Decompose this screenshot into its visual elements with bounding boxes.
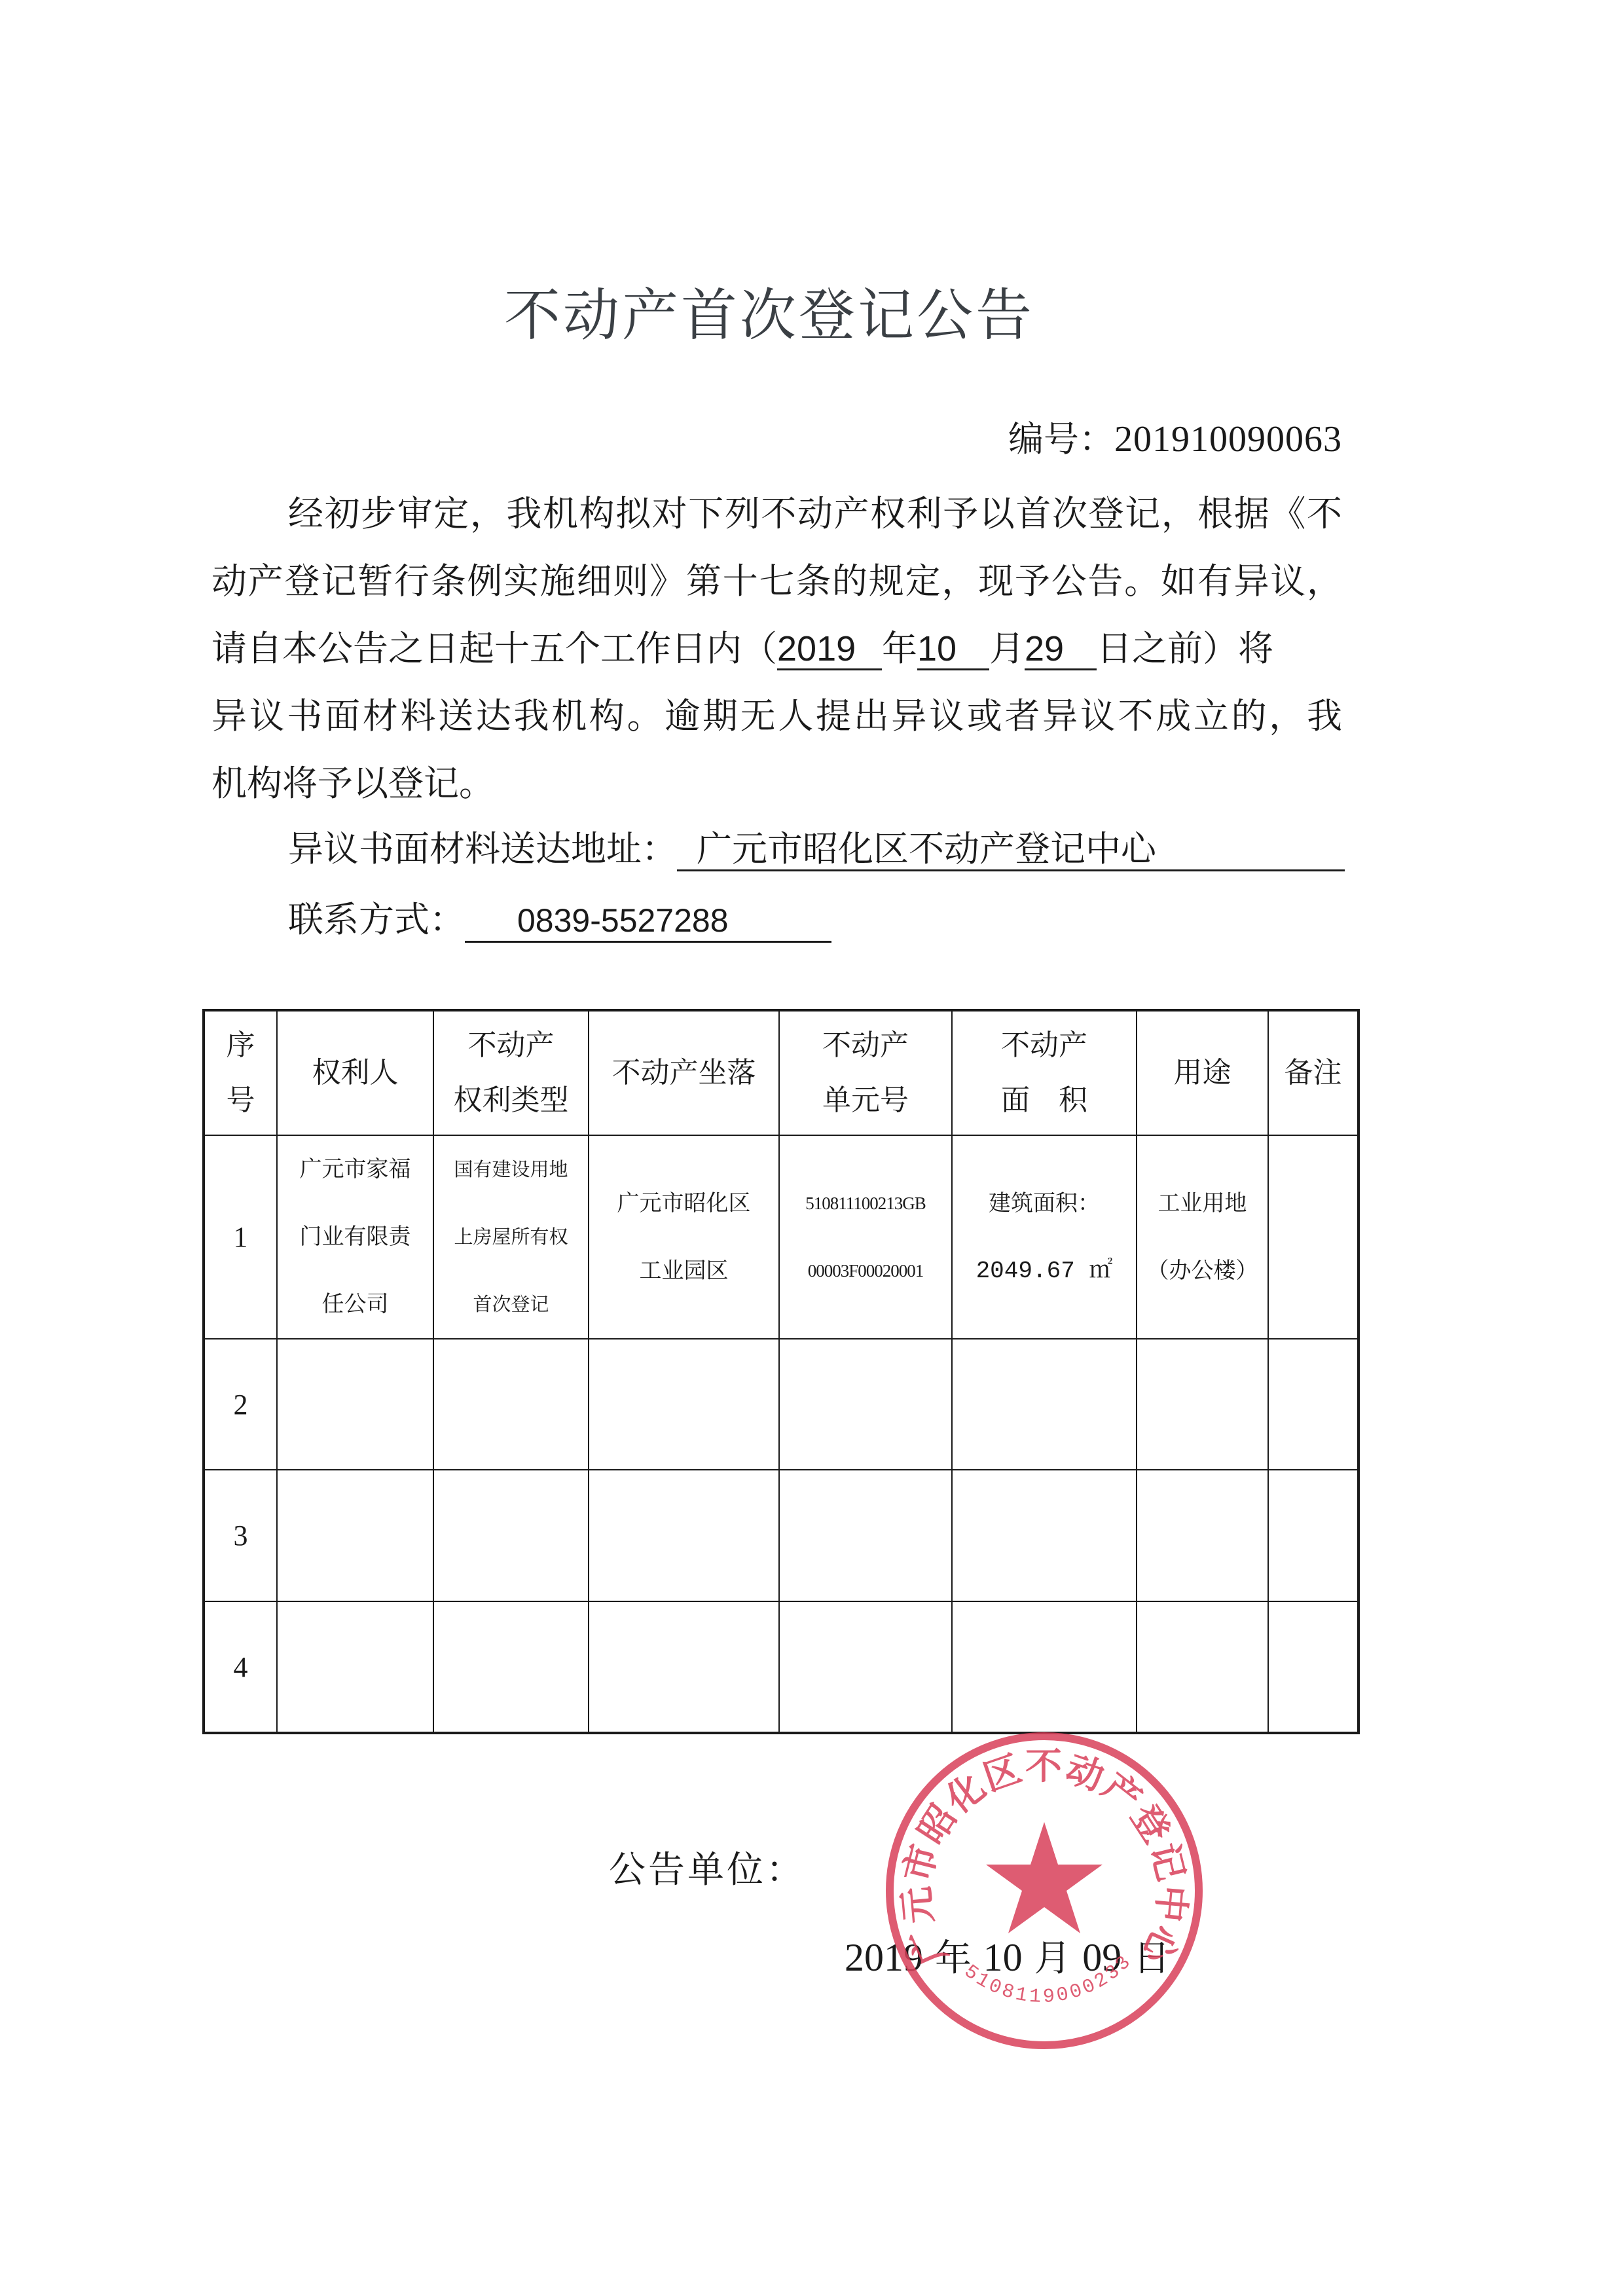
row-number: 1 (204, 1135, 277, 1339)
issuer-label: 公告单位： (609, 1848, 805, 1893)
table-row: 2 (204, 1339, 1359, 1470)
document-number-label: 编号： (1008, 418, 1114, 460)
area-cell: 建筑面积： 2049.67 ㎡ (952, 1135, 1137, 1339)
deadline-day: 29 (1025, 629, 1097, 670)
document-number-value: 201910090063 (1114, 419, 1342, 460)
location-cell: 广元市昭化区 工业园区 (589, 1135, 779, 1339)
usage-cell: 工业用地 （办公楼） (1137, 1135, 1268, 1339)
official-seal-icon: 广元市昭化区不动产登记中心 5108119000233 (884, 1730, 1205, 2051)
right-type-cell: 国有建设用地 上房屋所有权 首次登记 (433, 1135, 589, 1339)
header-seq: 序号 (204, 1010, 277, 1135)
deadline-year: 2019 (777, 629, 882, 670)
paragraph-line-2: 动产登记暂行条例实施细则》第十七条的规定，现予公告。如有异议， (211, 558, 1342, 604)
objection-address-line: 异议书面材料送达地址：广元市昭化区不动产登记中心 (288, 826, 1345, 872)
row-number: 2 (204, 1339, 277, 1470)
row-number: 4 (204, 1601, 277, 1733)
contact-line: 联系方式：0839-5527288 (288, 897, 831, 943)
svg-text:5108119000233: 5108119000233 (960, 1950, 1138, 2009)
remark-cell (1268, 1135, 1359, 1339)
unit-no-cell: 510811100213GB 00003F00020001 (779, 1135, 952, 1339)
header-holder: 权利人 (277, 1010, 433, 1135)
paragraph-line-3: 请自本公告之日起十五个工作日内（2019年10月29日之前）将 (211, 626, 1342, 672)
table-header-row: 序号 权利人 不动产权利类型 不动产坐落 不动产单元号 不动产面 积 用途 备注 (204, 1010, 1359, 1135)
seal-code: 5108119000233 (960, 1950, 1138, 2009)
deadline-month: 10 (917, 629, 989, 670)
document-title: 不动产首次登记公告 (498, 257, 1041, 374)
address-value: 广元市昭化区不动产登记中心 (677, 829, 1345, 871)
header-right-type: 不动产权利类型 (433, 1010, 589, 1135)
header-location: 不动产坐落 (589, 1010, 779, 1135)
row-number: 3 (204, 1470, 277, 1601)
paragraph-line-5: 机构将予以登记。 (211, 761, 1342, 807)
table-row: 1 广元市家福 门业有限责 任公司 国有建设用地 上房屋所有权 首次登记 广元市… (204, 1135, 1359, 1339)
contact-label: 联系方式： (288, 899, 465, 940)
header-remark: 备注 (1268, 1010, 1359, 1135)
deadline-suffix: 日之前）将 (1097, 628, 1273, 669)
month-label: 月 (989, 628, 1025, 669)
table-row: 4 (204, 1601, 1359, 1733)
document-number: 编号：201910090063 (1008, 416, 1342, 462)
contact-value: 0839-5527288 (465, 900, 831, 943)
header-area: 不动产面 积 (952, 1010, 1137, 1135)
address-label: 异议书面材料送达地址： (288, 828, 677, 869)
registration-table: 序号 权利人 不动产权利类型 不动产坐落 不动产单元号 不动产面 积 用途 备注… (202, 1009, 1360, 1734)
deadline-prefix: 请自本公告之日起十五个工作日内（ (211, 628, 777, 669)
paragraph-line-4: 异议书面材料送达我机构。逾期无人提出异议或者异议不成立的，我 (211, 693, 1342, 739)
header-unit-no: 不动产单元号 (779, 1010, 952, 1135)
holder-cell: 广元市家福 门业有限责 任公司 (277, 1135, 433, 1339)
year-label: 年 (882, 628, 917, 669)
table-row: 3 (204, 1470, 1359, 1601)
header-usage: 用途 (1137, 1010, 1268, 1135)
paragraph-line-1: 经初步审定，我机构拟对下列不动产权利予以首次登记，根据《不 (288, 491, 1342, 537)
